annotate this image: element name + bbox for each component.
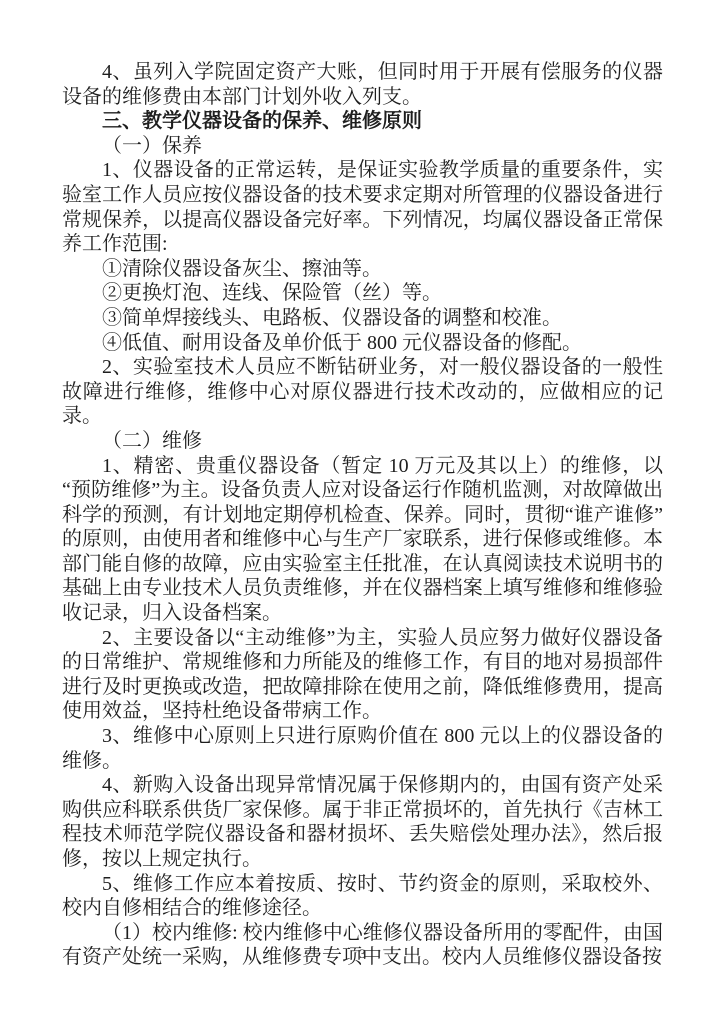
page-number: 3 — [0, 946, 725, 962]
list-item-circle3: ③简单焊接线头、电路板、仪器设备的调整和校准。 — [62, 306, 663, 331]
subsection-heading-weixiu: （二）维修 — [62, 429, 663, 454]
subsection-heading-baoyang: （一）保养 — [62, 134, 663, 159]
paragraph-weixiu-5: 5、维修工作应本着按质、按时、节约资金的原则，采取校外、校内自修相结合的维修途径… — [62, 872, 663, 921]
paragraph-weixiu-2: 2、主要设备以“主动维修”为主，实验人员应努力做好仪器设备的日常维护、常规维修和… — [62, 626, 663, 724]
document-page: 4、虽列入学院固定资产大账，但同时用于开展有偿服务的仪器设备的维修费由本部门计划… — [0, 0, 725, 1025]
paragraph-weixiu-1: 1、精密、贵重仪器设备（暂定 10 万元及其以上）的维修，以“预防维修”为主。设… — [62, 454, 663, 626]
section-heading-maintenance-principles: 三、教学仪器设备的保养、维修原则 — [62, 109, 663, 134]
document-body: 4、虽列入学院固定资产大账，但同时用于开展有偿服务的仪器设备的维修费由本部门计划… — [62, 60, 663, 970]
paragraph-weixiu-4: 4、新购入设备出现异常情况属于保修期内的，由国有资产处采购供应科联系供货厂家保修… — [62, 773, 663, 871]
paragraph-baoyang-2: 2、实验室技术人员应不断钻研业务，对一般仪器设备的一般性故障进行维修，维修中心对… — [62, 355, 663, 429]
list-item-circle1: ①清除仪器设备灰尘、擦油等。 — [62, 257, 663, 282]
paragraph-baoyang-1: 1、仪器设备的正常运转，是保证实验教学质量的重要条件，实验室工作人员应按仪器设备… — [62, 158, 663, 256]
paragraph-weixiu-3: 3、维修中心原则上只进行原购价值在 800 元以上的仪器设备的维修。 — [62, 724, 663, 773]
list-item-circle4: ④低值、耐用设备及单价低于 800 元仪器设备的修配。 — [62, 331, 663, 356]
list-item-circle2: ②更换灯泡、连线、保险管（丝）等。 — [62, 281, 663, 306]
paragraph-item4-carryover: 4、虽列入学院固定资产大账，但同时用于开展有偿服务的仪器设备的维修费由本部门计划… — [62, 60, 663, 109]
